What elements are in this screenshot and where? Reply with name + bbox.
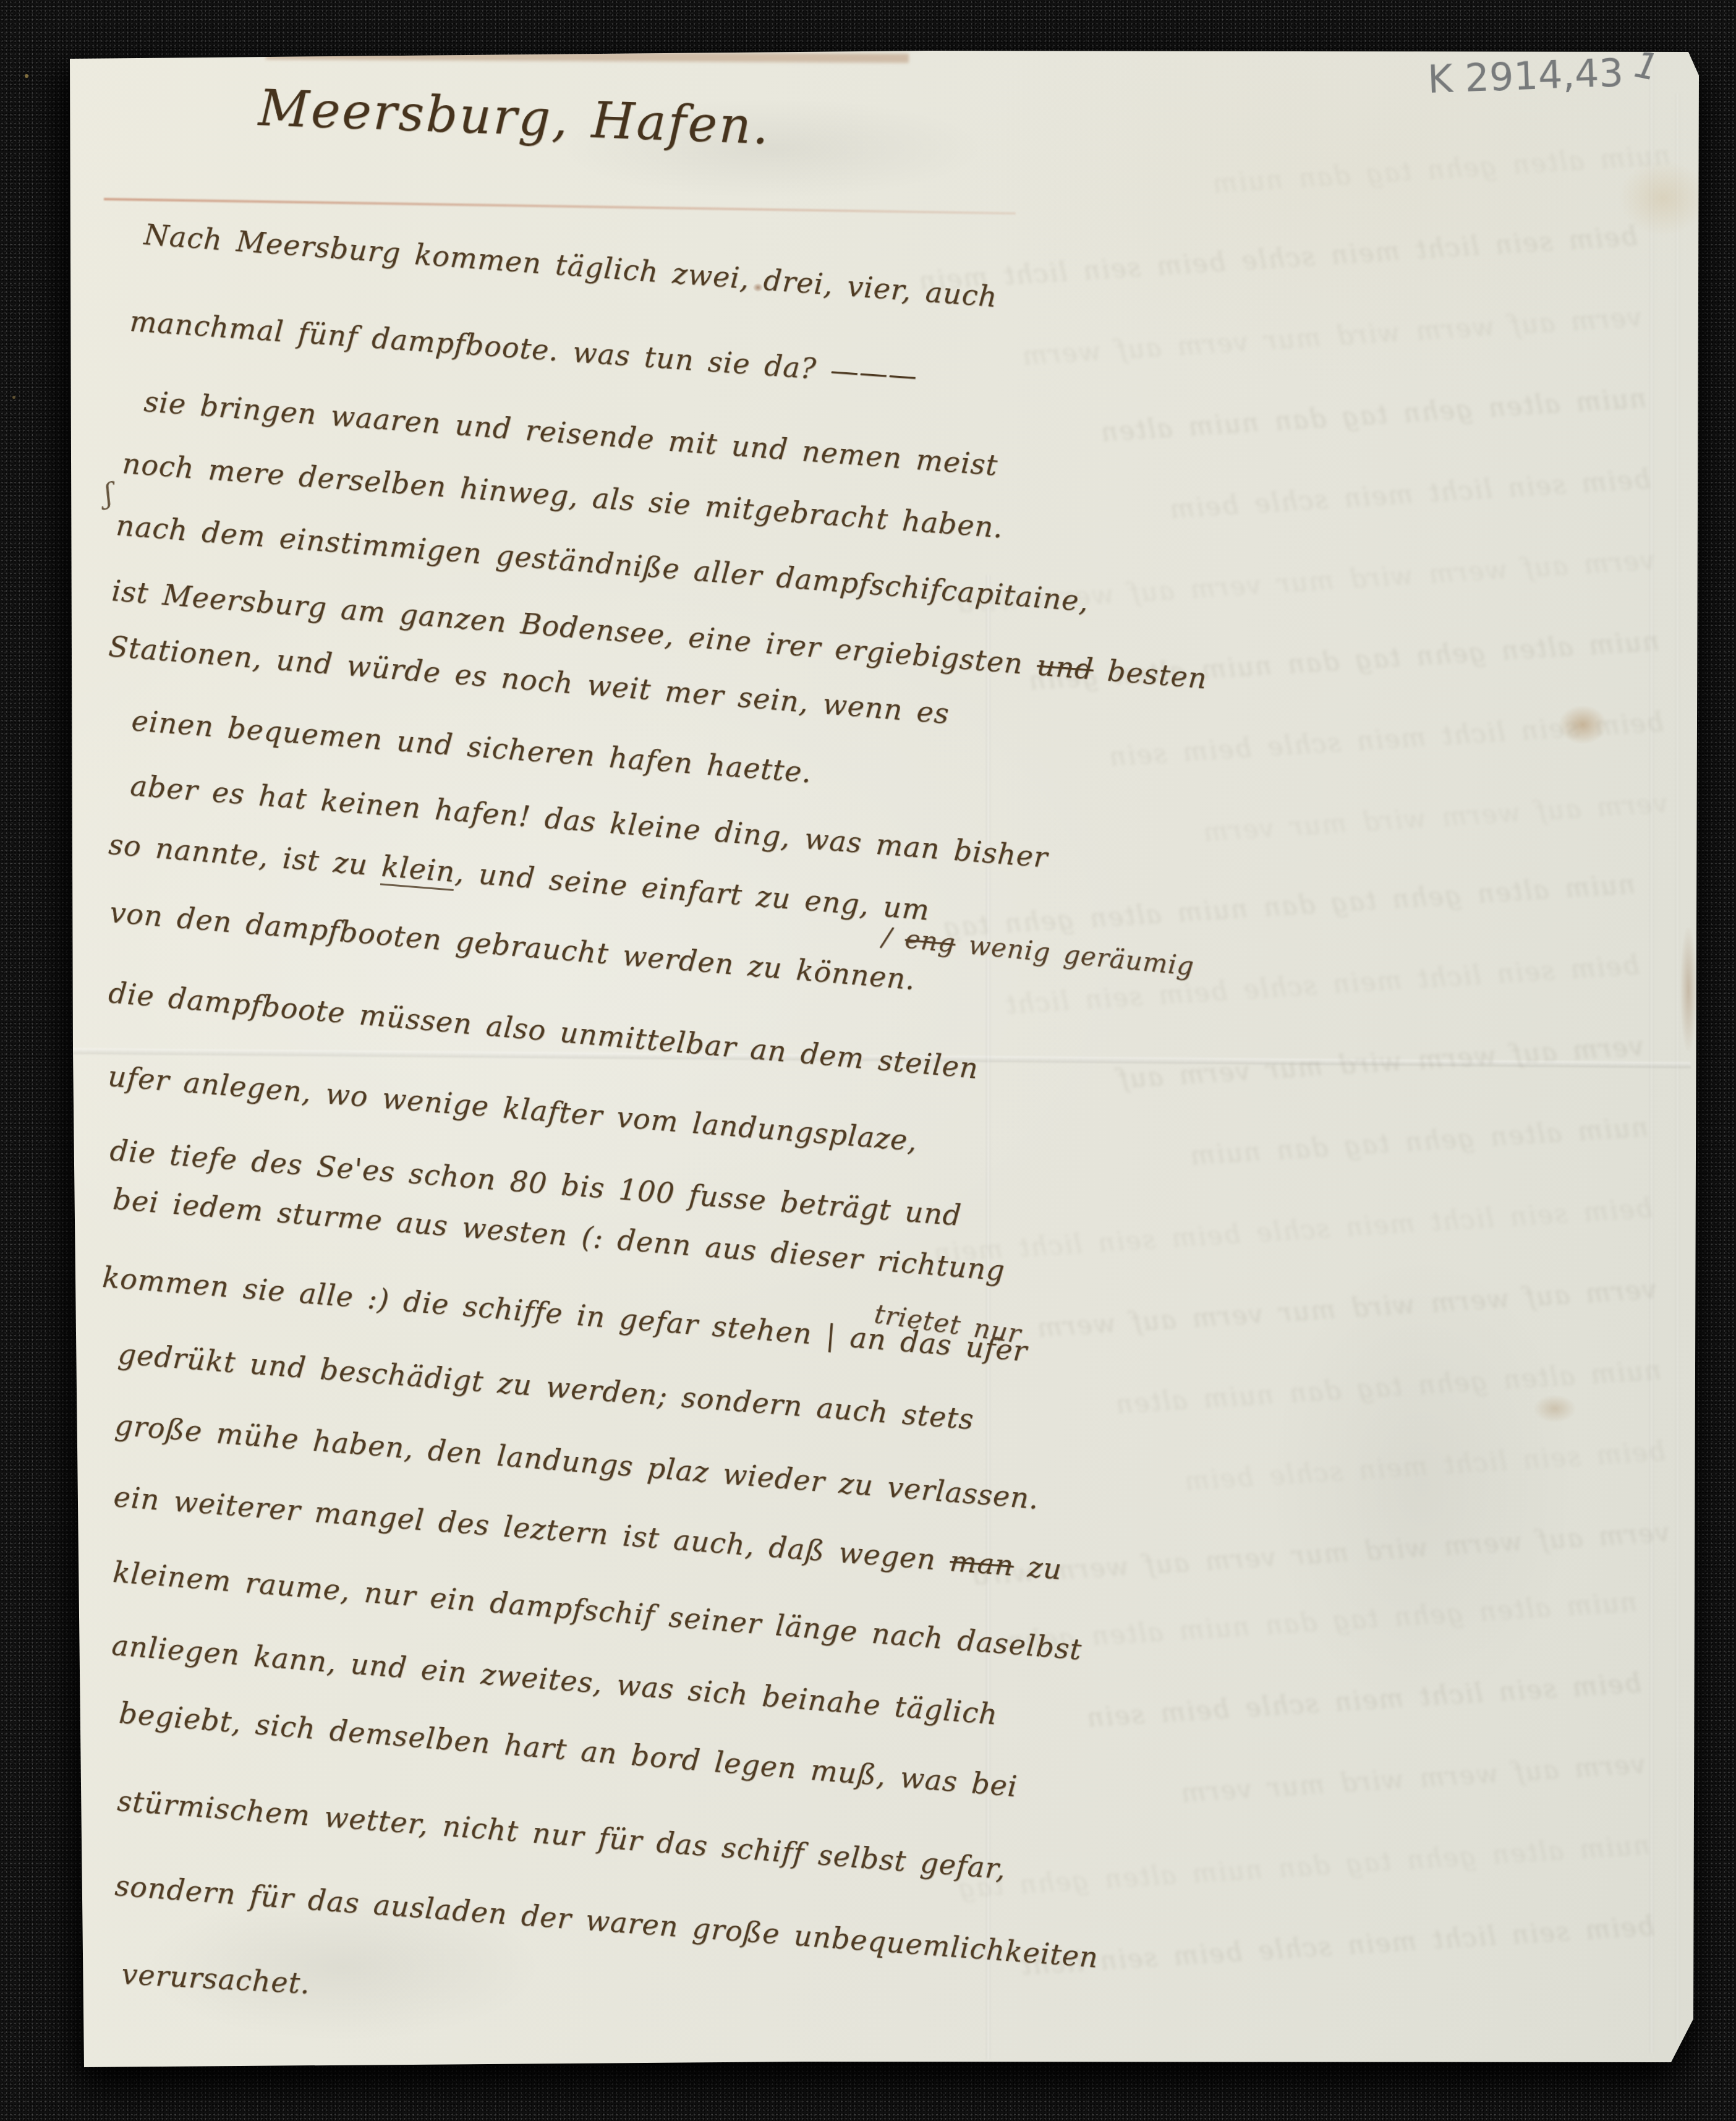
handwritten-text: so nannte, ist zu bbox=[108, 827, 383, 882]
handwritten-text: sondern für das ausladen der waren große… bbox=[114, 1869, 1100, 1974]
bleed-through-line: beim sein licht mein schle beim sein bbox=[1085, 1668, 1642, 1733]
underlined-text: klein bbox=[380, 850, 456, 891]
bleed-through-line: nuim alten gehn tag dan nuim bbox=[1211, 140, 1671, 199]
page-number: 1 bbox=[1631, 43, 1662, 89]
handwritten-text: zu bbox=[1013, 1549, 1063, 1586]
handwritten-text: stürmischem wetter, nicht nur für das sc… bbox=[116, 1784, 1007, 1885]
manuscript-line: die dampfboote müssen also unmittelbar a… bbox=[107, 976, 980, 1085]
struck-text: und bbox=[1036, 648, 1095, 686]
bleed-through-line: nuim alten gehn tag dan nuim alten gehn … bbox=[956, 1830, 1651, 1903]
handwritten-text: Nach Meersburg kommen täglich zwei, drei… bbox=[143, 218, 998, 314]
bleed-through-line: verm auf werm wird mur verm auf werm wir… bbox=[969, 1517, 1670, 1591]
archival-mark: K 2914,43 bbox=[1427, 50, 1624, 102]
bleed-through-line: verm auf werm wird mur verm bbox=[1179, 1749, 1646, 1808]
stain bbox=[1680, 928, 1696, 1051]
left-margin-insertion-mark: ʃ bbox=[103, 478, 114, 510]
manuscript-line: manchmal fünf dampfboote. was tun sie da… bbox=[129, 304, 918, 393]
bleed-through-line: verm auf werm wird mur verm bbox=[1201, 788, 1669, 847]
manuscript-line: sondern für das ausladen der waren große… bbox=[114, 1869, 1100, 1974]
handwritten-text: verursachet. bbox=[121, 1957, 311, 2000]
edge-fold-crease bbox=[1675, 93, 1680, 2041]
bleed-through-line: beim sein licht mein schle beim sein lic… bbox=[932, 1193, 1653, 1268]
handwritten-text: manchmal fünf dampfboote. was tun sie da… bbox=[129, 304, 918, 393]
bleed-through-line: nuim alten gehn tag dan nuim bbox=[1188, 1112, 1649, 1171]
manuscript-line: stürmischem wetter, nicht nur für das sc… bbox=[116, 1784, 1007, 1885]
struck-text: eng bbox=[904, 923, 957, 958]
bleed-through-line: verm auf werm wird mur verm auf werm bbox=[1021, 302, 1643, 371]
bleed-through-line: nuim alten gehn tag dan nuim alten gehn … bbox=[942, 869, 1636, 942]
handwritten-text: die dampfboote müssen also unmittelbar a… bbox=[107, 976, 980, 1085]
top-edge-discoloration bbox=[266, 50, 909, 62]
bleed-through-line: nuim alten gehn tag dan nuim alten bbox=[1099, 383, 1647, 447]
bleed-through-line: beim sein licht mein schle beim sein lic… bbox=[917, 221, 1638, 296]
edge-fold-crease bbox=[1649, 62, 1654, 2053]
handwritten-text: , und seine einfart zu eng, um bbox=[454, 855, 931, 927]
bleed-through-line: nuim alten gehn tag dan nuim alten bbox=[1114, 1355, 1662, 1419]
stain bbox=[1533, 1394, 1576, 1423]
struck-text: man bbox=[948, 1544, 1015, 1582]
paper-sheet: nuim alten gehn tag dan nuimbeim sein li… bbox=[0, 0, 1736, 2121]
bleed-through-line: beim sein licht mein schle beim bbox=[1183, 1436, 1666, 1496]
bleed-through-line: beim sein licht mein schle beim sein bbox=[1107, 707, 1664, 772]
bleed-through-line: nuim alten gehn tag dan nuim alten gehn bbox=[1005, 1587, 1638, 1657]
handwritten-text: ∕ bbox=[881, 921, 906, 954]
paper-wrapper: nuim alten gehn tag dan nuimbeim sein li… bbox=[0, 0, 1736, 2121]
bleed-through-line: verm auf werm wird mur verm auf werm bbox=[1036, 1274, 1658, 1343]
title-underline-rule bbox=[104, 198, 1016, 215]
bleed-through-line: beim sein licht mein schle beim sein lic… bbox=[1019, 1911, 1656, 1981]
manuscript-line: Nach Meersburg kommen täglich zwei, drei… bbox=[143, 218, 998, 314]
bleed-through-line: beim sein licht mein schle beim bbox=[1168, 464, 1651, 524]
wrinkle-shading bbox=[93, 1824, 649, 2084]
document-title: Meersburg, Hafen. bbox=[258, 79, 772, 155]
bleed-through-line: verm auf werm wird mur verm auf bbox=[1117, 1031, 1645, 1094]
manuscript-line: verursachet. bbox=[121, 1957, 311, 2000]
